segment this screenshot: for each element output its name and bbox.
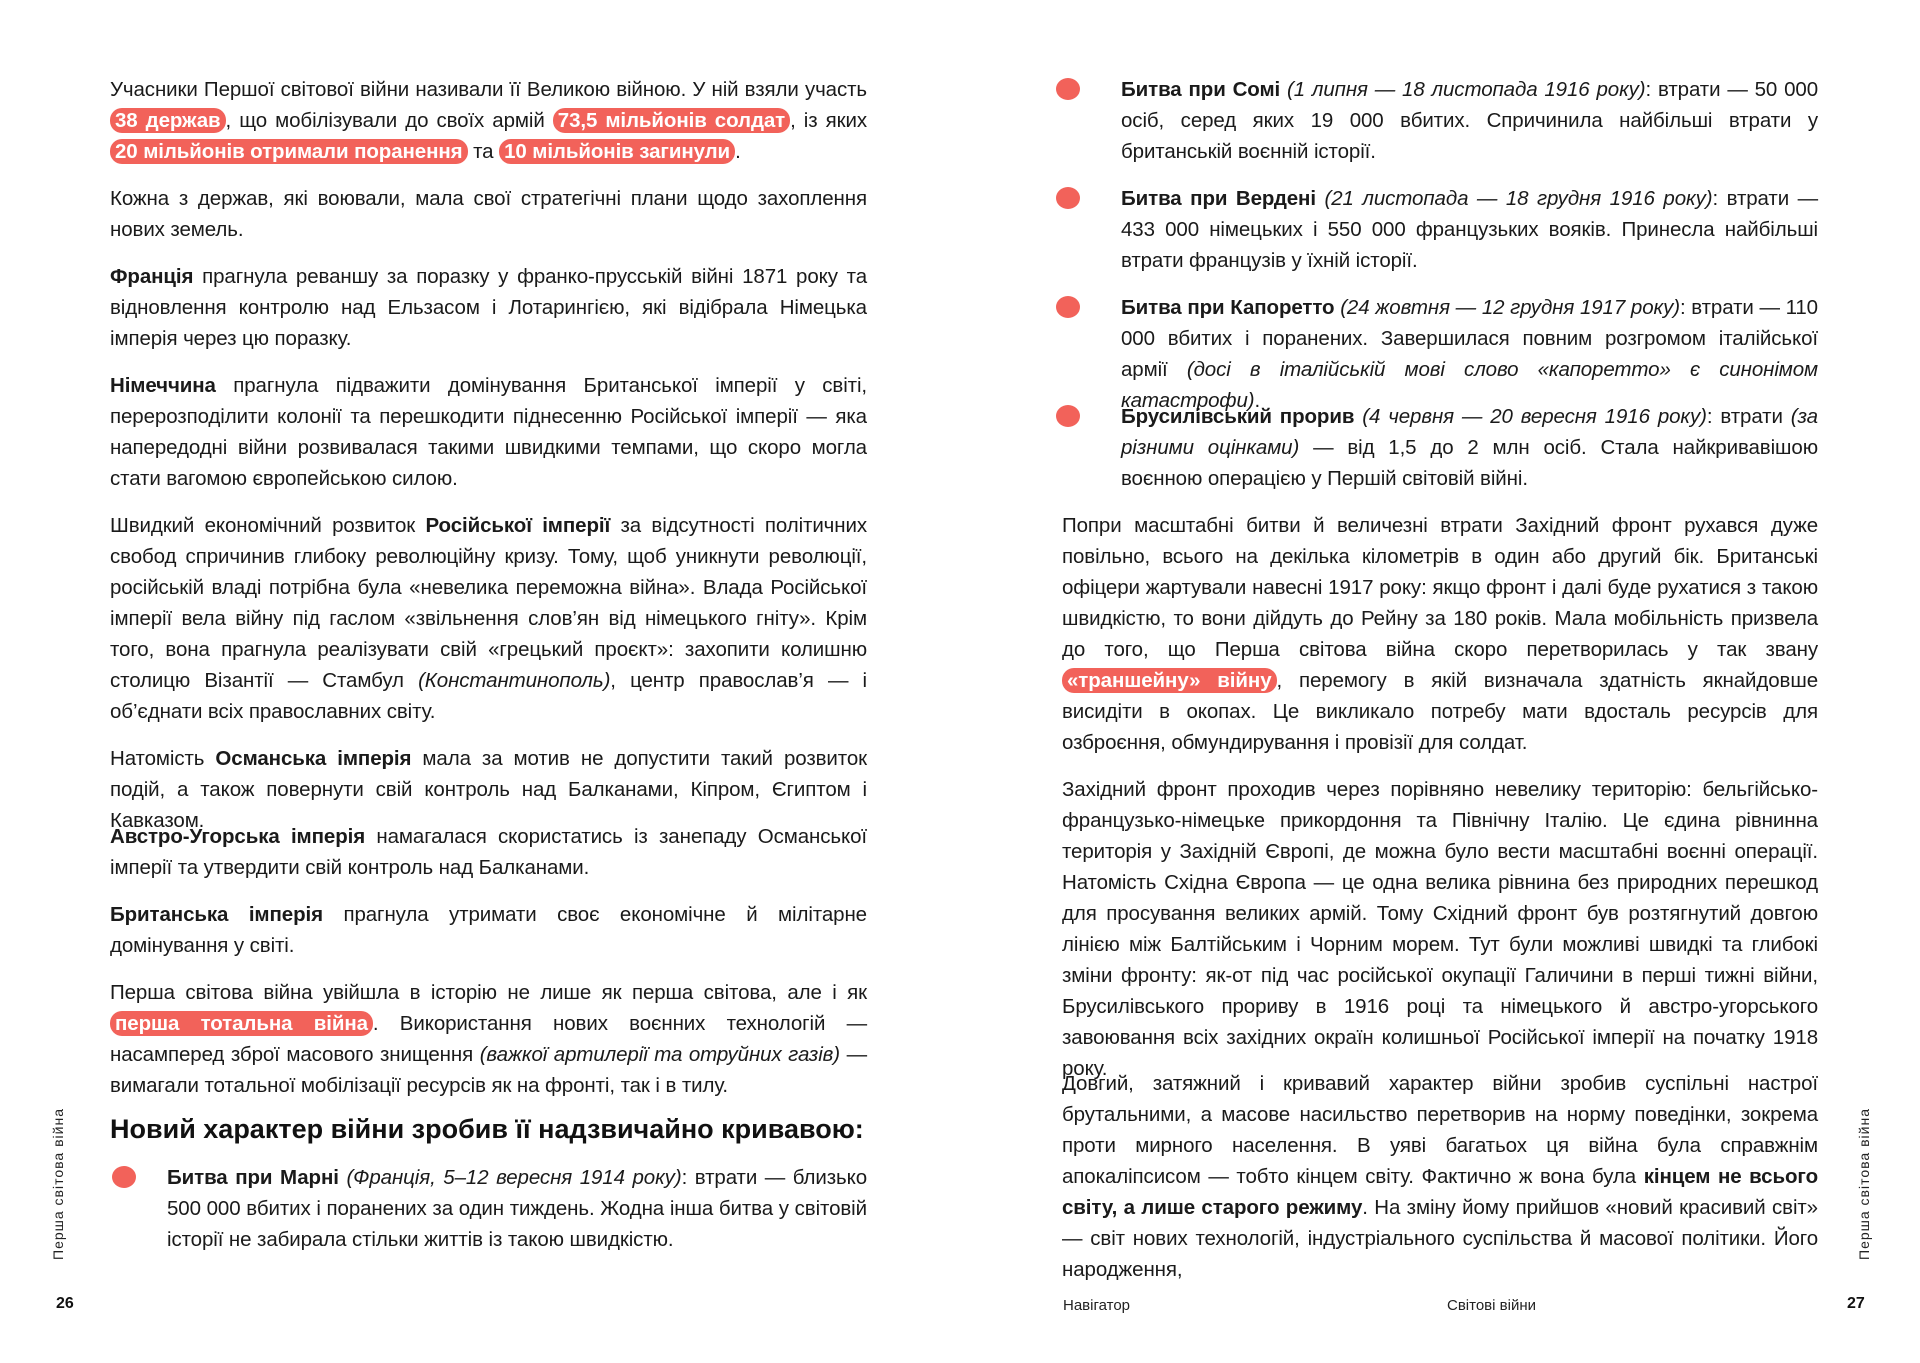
ottoman-label: Османська імперія: [215, 747, 411, 770]
bullet-brusilov: Брусилівський прорив (4 червня — 20 вере…: [1121, 401, 1818, 494]
austria-label: Австро-Угорська імперія: [110, 825, 365, 848]
bullet-dot-icon: [1056, 78, 1080, 100]
austria-paragraph: Австро-Угорська імперія намагалася скори…: [110, 821, 867, 883]
section-heading: Новий характер війни зробив її надзвичай…: [110, 1112, 864, 1146]
bullet-dot-icon: [112, 1166, 136, 1188]
bullet-dot-icon: [1056, 187, 1080, 209]
footer-book-title: Навігатор: [1063, 1297, 1130, 1314]
right-page: Битва при Сомі (1 липня — 18 листопада 1…: [960, 0, 1920, 1363]
britain-label: Британська імперія: [110, 903, 323, 926]
bullet-dot-icon: [1056, 405, 1080, 427]
left-page: Учасники Першої світової війни називали …: [0, 0, 960, 1363]
total-war-paragraph: Перша світова війна увійшла в історію не…: [110, 977, 867, 1101]
france-label: Франція: [110, 265, 193, 288]
plans-paragraph: Кожна з держав, які воювали, мала свої с…: [110, 183, 867, 245]
highlight-total-war: перша тотальна війна: [110, 1011, 373, 1036]
bullet-verdun: Битва при Вердені (21 листопада — 18 гру…: [1121, 183, 1818, 276]
trench-war-paragraph: Попри масштабні битви й величезні втрати…: [1062, 510, 1818, 758]
bullet-dot-icon: [1056, 296, 1080, 318]
fronts-paragraph: Західний фронт проходив через порівняно …: [1062, 774, 1818, 1084]
russia-label: Російської імперії: [425, 514, 610, 537]
bullet-somme: Битва при Сомі (1 липня — 18 листопада 1…: [1121, 74, 1818, 167]
bullet-caporetto: Битва при Капоретто (24 жовтня — 12 груд…: [1121, 292, 1818, 416]
side-section-label: Перша світова війна: [50, 1108, 66, 1260]
germany-paragraph: Німеччина прагнула підважити домінування…: [110, 370, 867, 494]
brutality-paragraph: Довгий, затяжний і кривавий характер вій…: [1062, 1068, 1818, 1285]
page-number: 26: [56, 1295, 74, 1313]
highlight-states: 38 держав: [110, 108, 226, 133]
highlight-killed: 10 мільйонів загинули: [499, 139, 735, 164]
page-number: 27: [1847, 1295, 1865, 1313]
highlight-soldiers: 73,5 мільйонів солдат: [553, 108, 790, 133]
france-paragraph: Франція прагнула реваншу за поразку у фр…: [110, 261, 867, 354]
side-section-label: Перша світова війна: [1856, 1108, 1872, 1260]
bullet-marne: Битва при Марні (Франція, 5–12 вересня 1…: [167, 1162, 867, 1255]
highlight-wounded: 20 мільйонів отримали поранення: [110, 139, 468, 164]
russia-paragraph: Швидкий економічний розвиток Російської …: [110, 510, 867, 727]
highlight-trench-war: «траншейну» війну: [1062, 668, 1277, 693]
footer-chapter-title: Світові війни: [1447, 1297, 1536, 1314]
intro-paragraph: Учасники Першої світової війни називали …: [110, 74, 867, 167]
britain-paragraph: Британська імперія прагнула утримати сво…: [110, 899, 867, 961]
germany-label: Німеччина: [110, 374, 216, 397]
